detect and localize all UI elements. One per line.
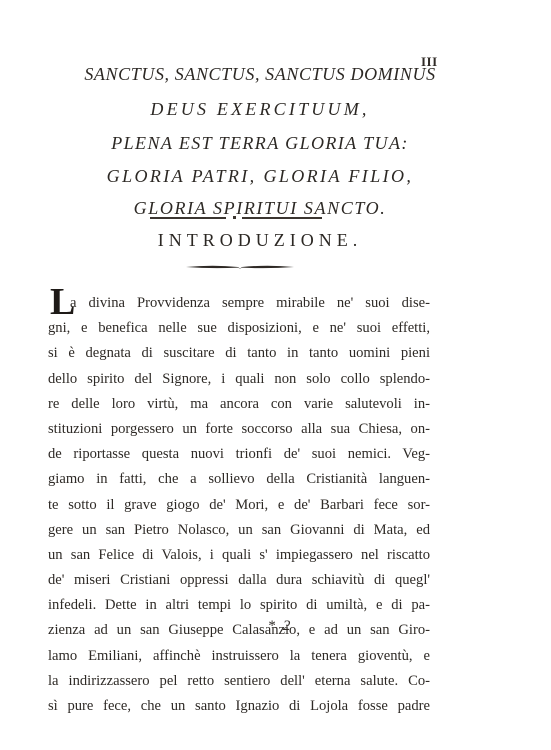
- body-line: stituzioni porgessero un forte soccorso …: [48, 417, 430, 442]
- body-line: un san Felice di Valois, i quali s' impi…: [48, 543, 430, 568]
- invocation-line-3: PLENA EST TERRA GLORIA TUA:: [40, 133, 480, 154]
- rule-segment-right: [242, 217, 322, 219]
- body-paragraph: a divina Provvidenza sempre mirabile ne'…: [48, 291, 430, 719]
- body-line: si è degnata di suscitare di tanto in ta…: [48, 341, 430, 366]
- body-line: la indirizzassero pel retto sentiero del…: [48, 669, 430, 694]
- body-line: giamo in fatti, che a sollievo della Cri…: [48, 467, 430, 492]
- signature-mark: * 2: [240, 618, 320, 635]
- section-title: INTRODUZIONE.: [40, 230, 480, 251]
- ornamental-rule-dotted: [150, 215, 322, 221]
- body-line: de' miseri Cristiani oppressi dalla dura…: [48, 568, 430, 593]
- invocation-line-1: SANCTUS, SANCTUS, SANCTUS DOMINUS: [40, 64, 480, 85]
- body-line: gere un san Pietro Nolasco, un san Giova…: [48, 518, 430, 543]
- body-line: gni, e benefica nelle sue disposizioni, …: [48, 316, 430, 341]
- body-line: sì pure fece, che un santo Ignazio di Lo…: [48, 694, 430, 719]
- body-line: zienza ad un san Giuseppe Calasanzio, e …: [48, 618, 430, 643]
- body-line: re delle loro virtù, ma ancora con varie…: [48, 392, 430, 417]
- body-line: dello spirito del Signore, i quali non s…: [48, 367, 430, 392]
- body-line: te sotto il grave giogo de' Mori, e de' …: [48, 493, 430, 518]
- invocation-line-4: GLORIA PATRI, GLORIA FILIO,: [40, 166, 480, 187]
- ornamental-swell-rule: [186, 264, 294, 270]
- body-line: lamo Emiliani, affinchè instruissero la …: [48, 644, 430, 669]
- body-line: de riportasse questa nuovi trionfi de' s…: [48, 442, 430, 467]
- rule-segment-left: [150, 217, 226, 219]
- invocation-line-2: DEUS EXERCITUUM,: [40, 99, 480, 120]
- body-line: a divina Provvidenza sempre mirabile ne'…: [48, 291, 430, 316]
- body-line: infedeli. Dette in altri tempi lo spirit…: [48, 593, 430, 618]
- rule-dot: [233, 216, 236, 219]
